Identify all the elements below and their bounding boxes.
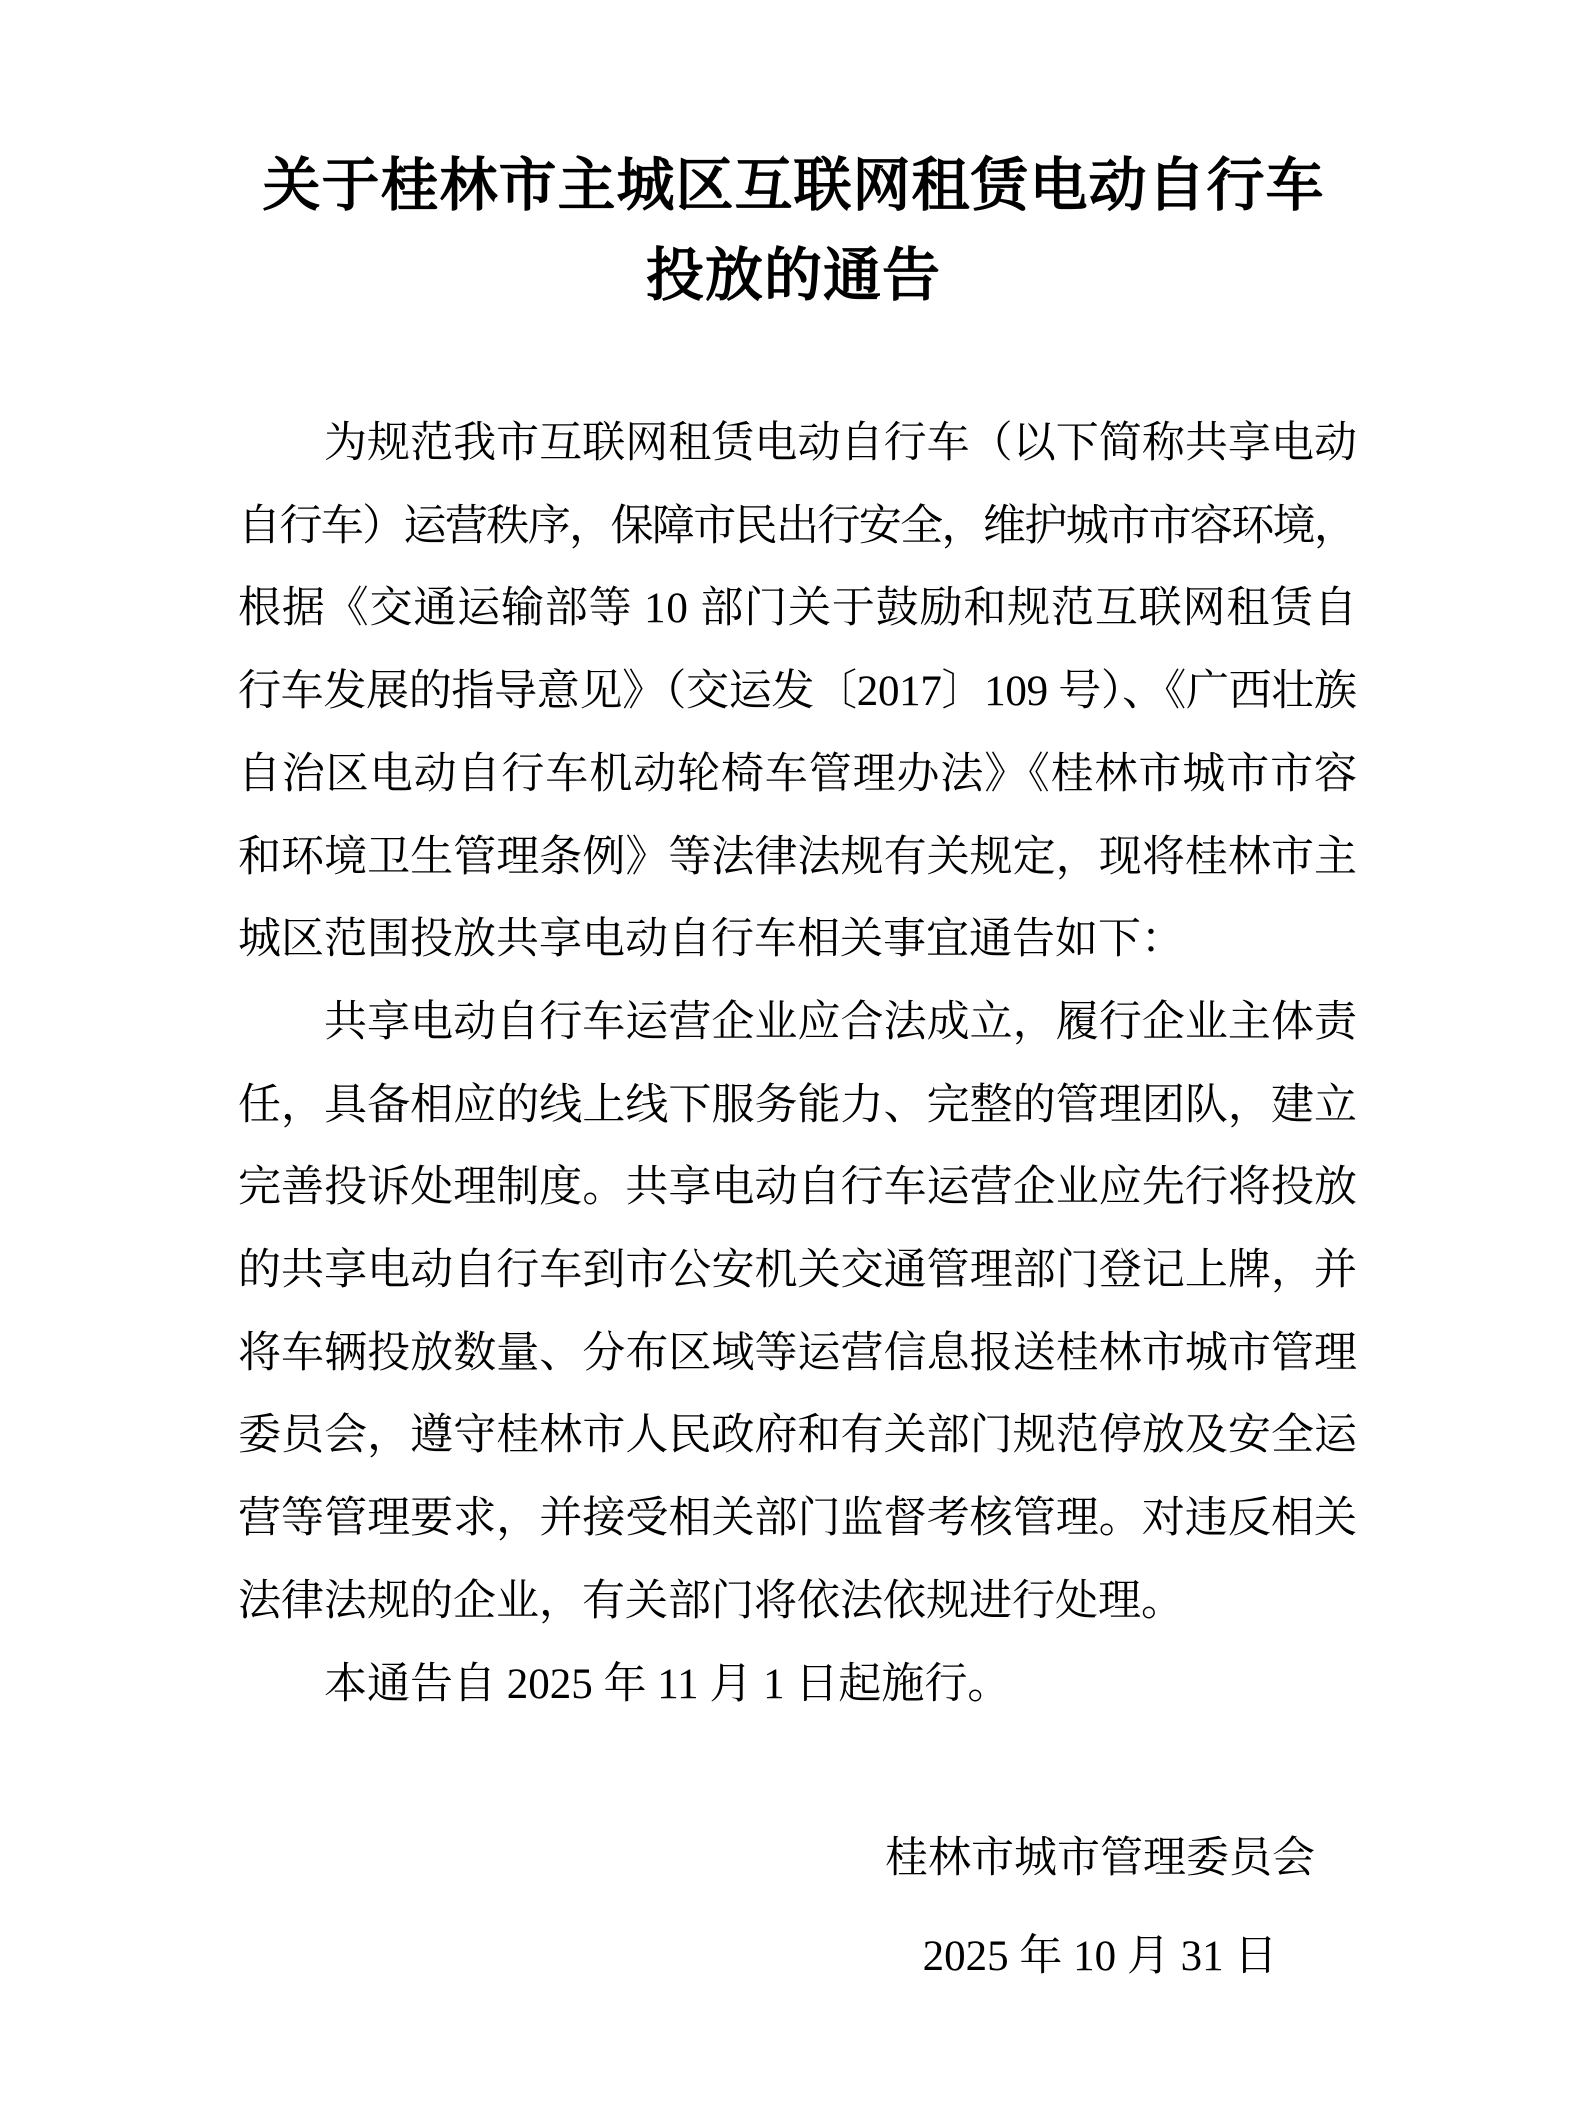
body-line: 法律法规的企业，有关部门将依法依规进行处理。 xyxy=(238,1561,1357,1644)
document-body: 为规范我市互联网租赁电动自行车（以下简称共享电动自行车）运营秩序，保障市民出行安… xyxy=(238,403,1357,1726)
body-line: 的共享电动自行车到市公安机关交通管理部门登记上牌，并 xyxy=(238,1230,1357,1313)
signature-org: 桂林市城市管理委员会 xyxy=(885,1810,1315,1908)
signature-block: 桂林市城市管理委员会 2025 年 10 月 31 日 xyxy=(885,1810,1315,2006)
signature-date: 2025 年 10 月 31 日 xyxy=(885,1908,1315,2006)
body-line: 任，具备相应的线上线下服务能力、完整的管理团队，建立 xyxy=(238,1065,1357,1148)
body-line: 委员会，遵守桂林市人民政府和有关部门规范停放及安全运 xyxy=(238,1395,1357,1478)
document-title: 关于桂林市主城区互联网租赁电动自行车 投放的通告 xyxy=(0,0,1587,321)
document-title-line-2: 投放的通告 xyxy=(0,231,1587,321)
body-line: 完善投诉处理制度。共享电动自行车运营企业应先行将投放 xyxy=(238,1147,1357,1230)
body-line: 本通告自 2025 年 11 月 1 日起施行。 xyxy=(238,1644,1357,1727)
body-line: 根据《交通运输部等 10 部门关于鼓励和规范互联网租赁自 xyxy=(238,568,1357,651)
document-title-line-1: 关于桂林市主城区互联网租赁电动自行车 xyxy=(0,141,1587,231)
body-line: 将车辆投放数量、分布区域等运营信息报送桂林市城市管理 xyxy=(238,1313,1357,1396)
body-line: 和环境卫生管理条例》等法律法规有关规定，现将桂林市主 xyxy=(238,817,1357,900)
body-line: 行车发展的指导意见》（交运发〔2017〕109 号）、《广西壮族 xyxy=(238,651,1357,734)
body-line: 共享电动自行车运营企业应合法成立，履行企业主体责 xyxy=(238,982,1357,1065)
body-line: 为规范我市互联网租赁电动自行车（以下简称共享电动 xyxy=(238,403,1357,486)
body-line: 自行车）运营秩序，保障市民出行安全，维护城市市容环境， xyxy=(238,486,1357,569)
body-line: 城区范围投放共享电动自行车相关事宜通告如下： xyxy=(238,899,1357,982)
body-line: 自治区电动自行车机动轮椅车管理办法》《桂林市城市市容 xyxy=(238,734,1357,817)
body-line: 营等管理要求，并接受相关部门监督考核管理。对违反相关 xyxy=(238,1478,1357,1561)
document-page: 关于桂林市主城区互联网租赁电动自行车 投放的通告 为规范我市互联网租赁电动自行车… xyxy=(0,0,1587,2118)
